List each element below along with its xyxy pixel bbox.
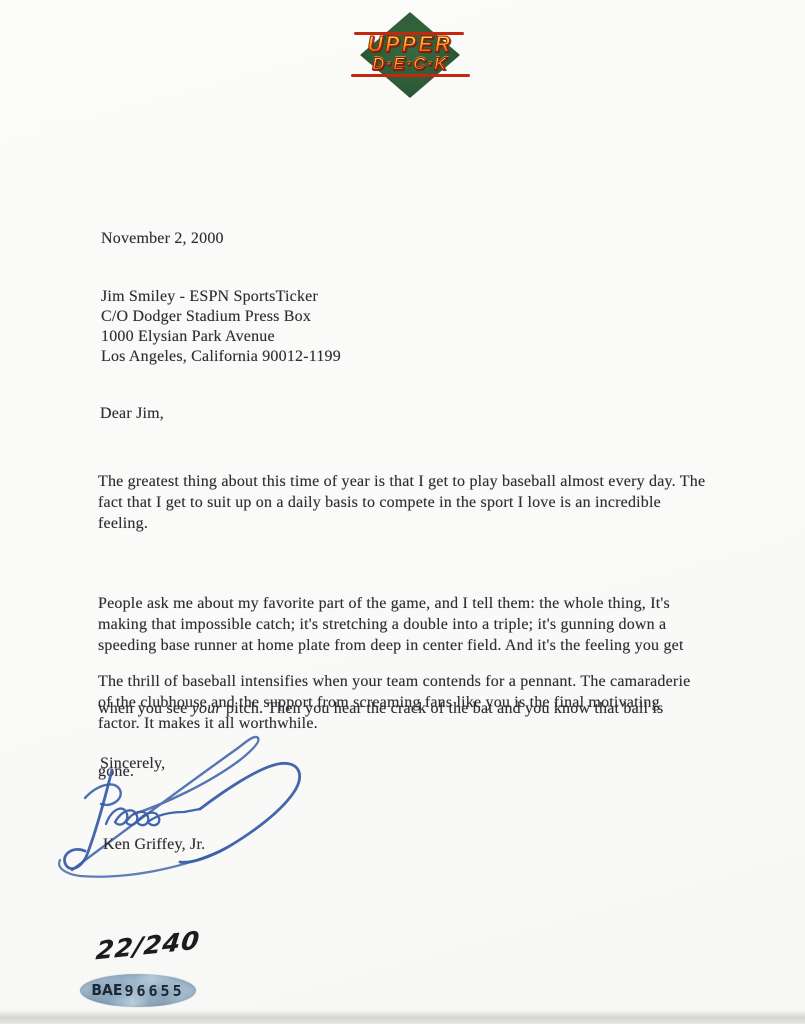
upper-deck-logo: UPPER D·E·C·K	[338, 8, 482, 108]
letter-page: UPPER D·E·C·K November 2, 2000 Jim Smile…	[0, 0, 805, 1024]
letter-date: November 2, 2000	[101, 228, 224, 249]
logo-wordmark-deck: D·E·C·K	[338, 54, 482, 75]
salutation: Dear Jim,	[100, 403, 164, 424]
signature-autograph	[42, 712, 362, 887]
hologram-number: 96655	[124, 982, 184, 1000]
logo-stripe-bottom	[351, 74, 470, 77]
edition-number-handwritten: 22/240	[95, 926, 202, 966]
paragraph-1: The greatest thing about this time of ye…	[98, 471, 705, 534]
hologram-sticker: BAE 96655	[80, 974, 196, 1007]
paragraph-2-lines: People ask me about my favorite part of …	[98, 593, 684, 656]
scan-edge-shadow	[0, 1010, 805, 1024]
hologram-prefix: BAE	[91, 982, 122, 999]
signer-name: Ken Griffey, Jr.	[103, 834, 205, 855]
recipient-address: Jim Smiley - ESPN SportsTicker C/O Dodge…	[101, 287, 341, 367]
